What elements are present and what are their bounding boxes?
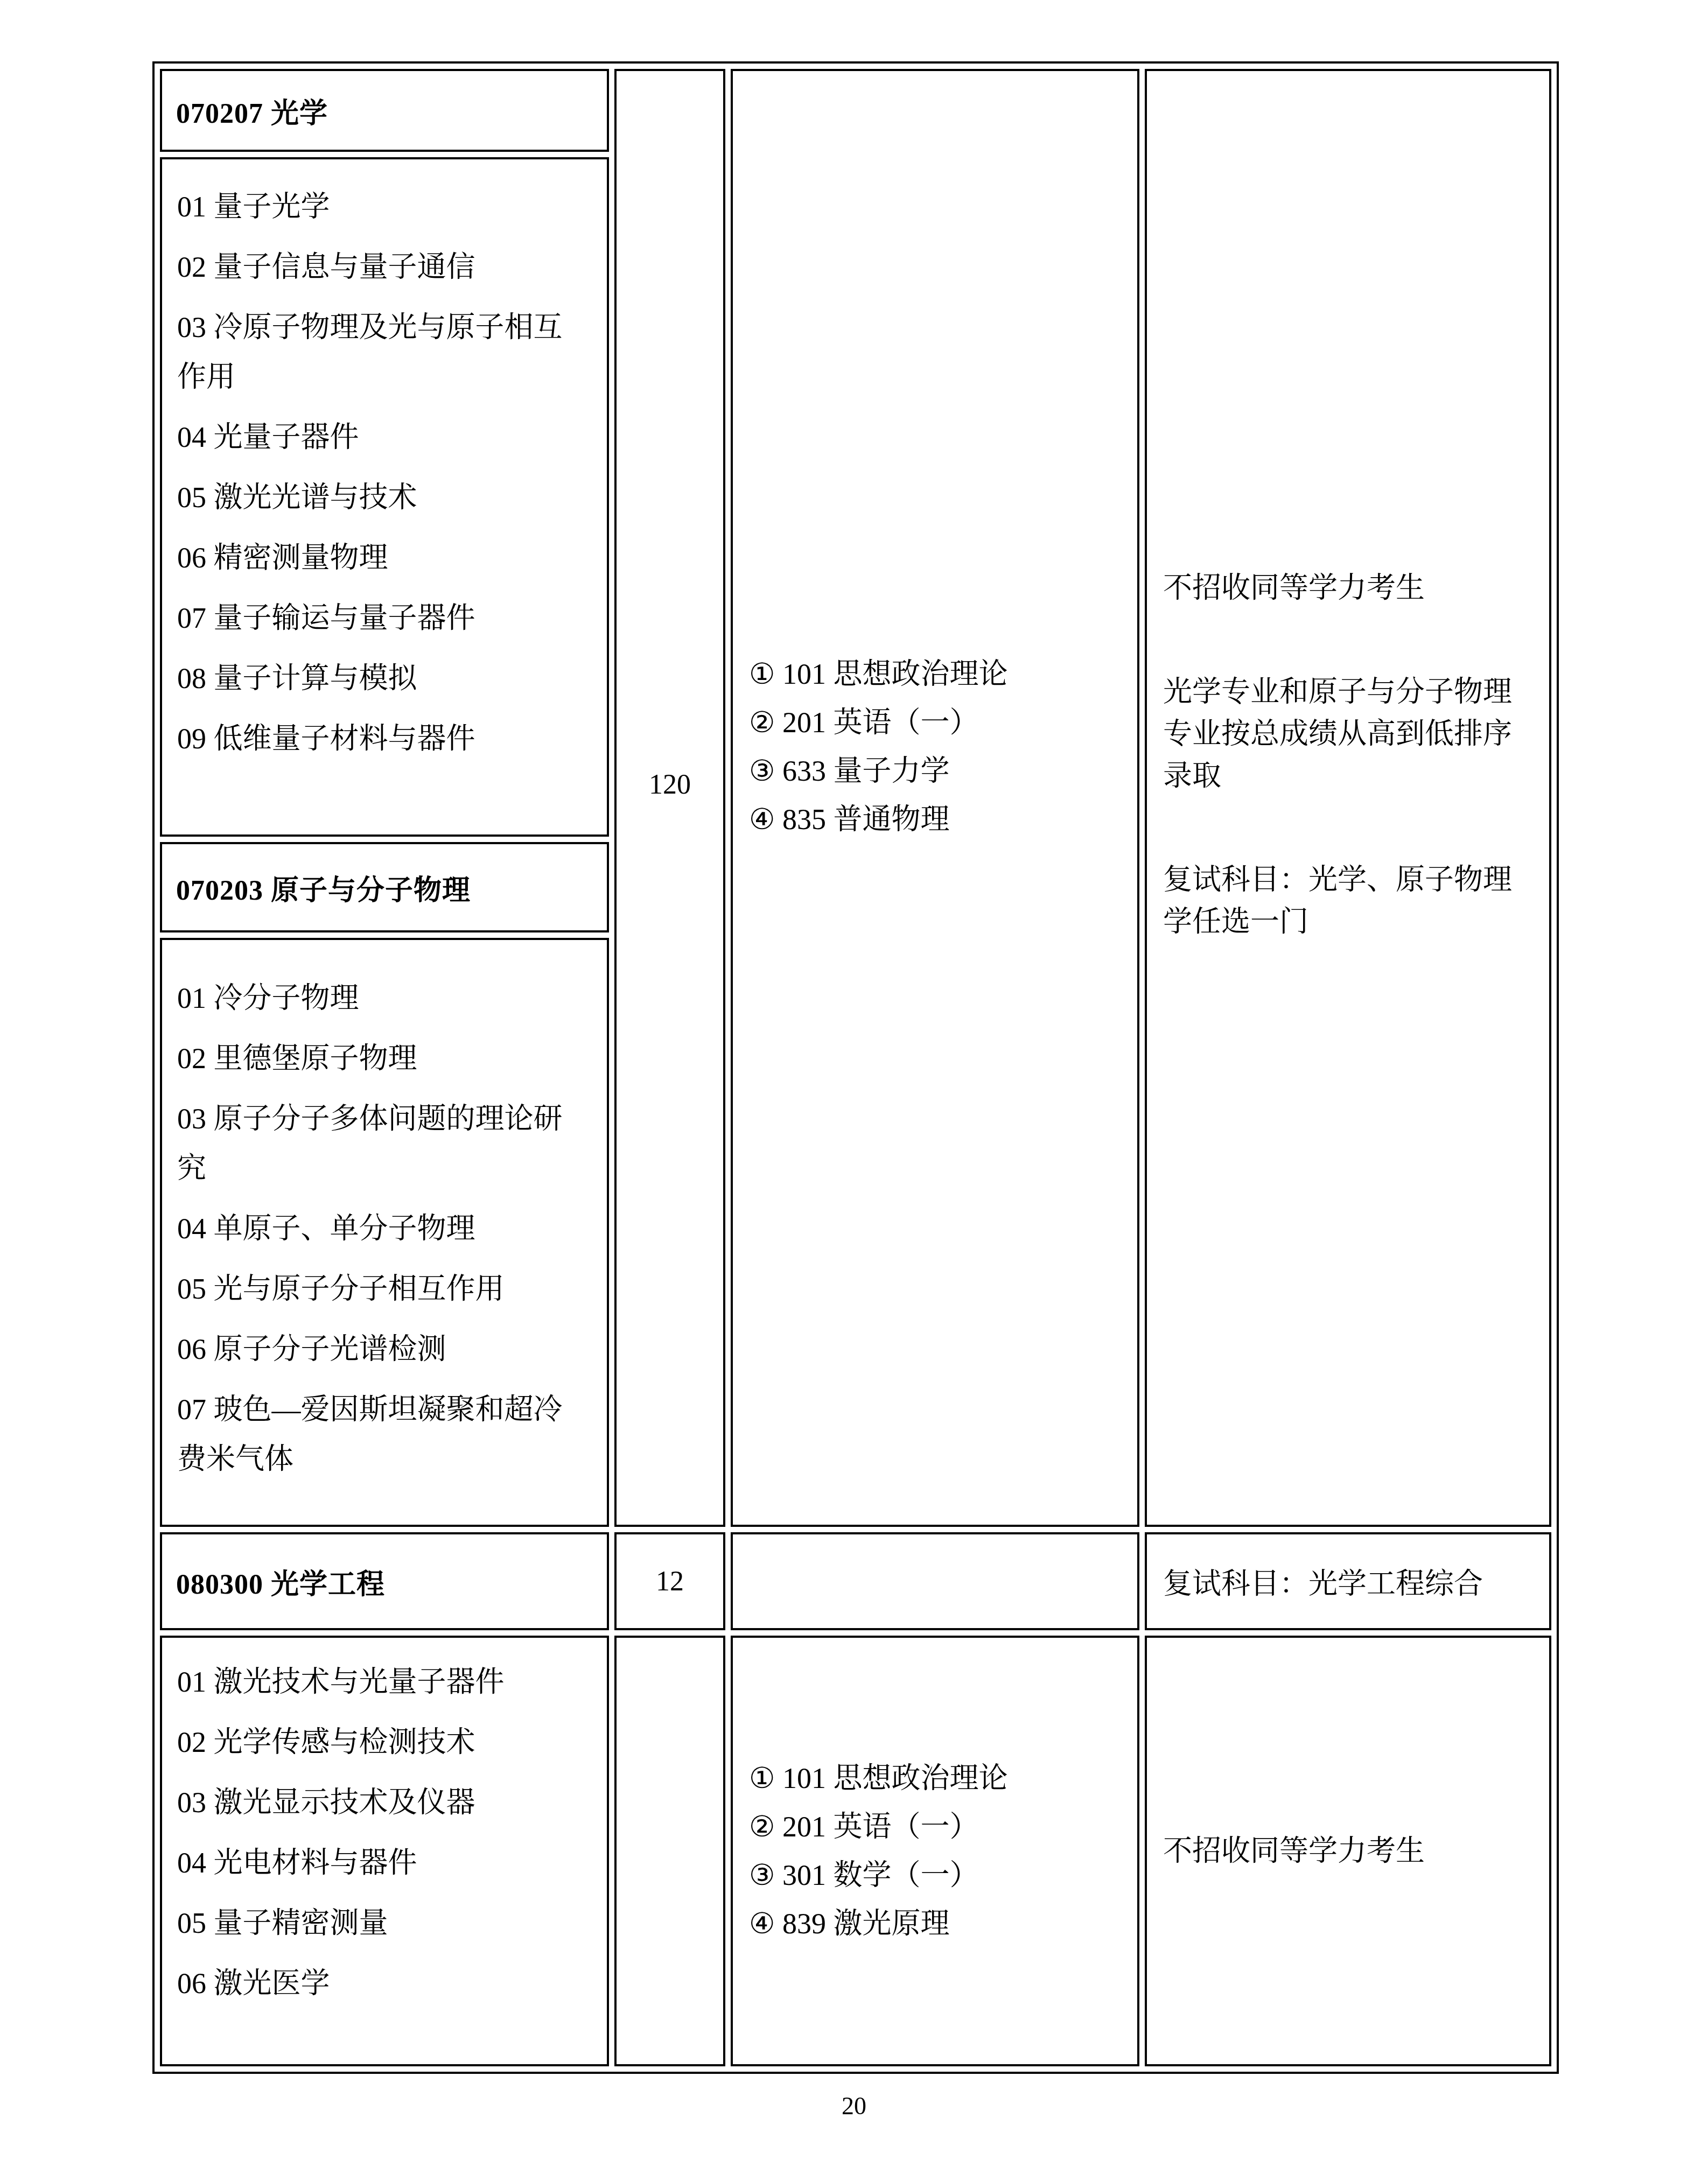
exam-subject-line: ① 101 思想政治理论: [749, 650, 1137, 698]
direction-item: 03 冷原子物理及光与原子相互 作用: [177, 303, 594, 402]
direction-item: 07 玻色—爱因斯坦凝聚和超冷 费米气体: [177, 1385, 594, 1484]
program-code-optics: 070207 光学: [176, 99, 328, 129]
direction-item: 01 激光技术与光量子器件: [177, 1657, 594, 1707]
direction-item: 01 冷分子物理: [177, 973, 594, 1023]
direction-item: 04 单原子、单分子物理: [177, 1204, 594, 1253]
empty-cell-enrollment-row6: [614, 1636, 725, 2066]
program-code-atomic: 070203 原子与分子物理: [176, 875, 471, 906]
direction-item: 06 激光医学: [177, 1959, 594, 2008]
remark-paragraph: 不招收同等学力考生: [1163, 567, 1536, 609]
exam-subject-line: ③ 633 量子力学: [749, 747, 1137, 795]
remarks-cell-optics-atomic: 不招收同等学力考生 光学专业和原子与分子物理 专业按总成绩从高到低排序 录取 复…: [1145, 69, 1551, 1527]
remark-paragraph: 不招收同等学力考生: [1163, 1830, 1536, 1872]
direction-item: 01 量子光学: [177, 182, 594, 232]
directions-cell-optics: 01 量子光学 02 量子信息与量子通信 03 冷原子物理及光与原子相互 作用 …: [160, 157, 609, 837]
exam-subject-line: ② 201 英语（一）: [749, 1803, 1137, 1851]
direction-item: 03 原子分子多体问题的理论研 究: [177, 1094, 594, 1193]
directions-cell-atomic: 01 冷分子物理 02 里德堡原子物理 03 原子分子多体问题的理论研 究 04…: [160, 938, 609, 1527]
document-page: 070207 光学 120 ① 101 思想政治理论 ② 201 英语（一） ③…: [0, 0, 1708, 2160]
program-header-atomic: 070203 原子与分子物理: [160, 842, 609, 932]
program-code-engineering: 080300 光学工程: [176, 1569, 385, 1600]
direction-item: 04 光量子器件: [177, 412, 594, 462]
remark-paragraph: 光学专业和原子与分子物理 专业按总成绩从高到低排序 录取: [1163, 671, 1536, 797]
remarks-cell-engineering: 不招收同等学力考生: [1145, 1636, 1551, 2066]
directions-cell-engineering: 01 激光技术与光量子器件 02 光学传感与检测技术 03 激光显示技术及仪器 …: [160, 1636, 609, 2066]
enrollment-value: 120: [649, 769, 691, 800]
direction-item: 04 光电材料与器件: [177, 1838, 594, 1888]
exam-subjects-cell-engineering: ① 101 思想政治理论 ② 201 英语（一） ③ 301 数学（一） ④ 8…: [731, 1636, 1139, 2066]
direction-item: 06 原子分子光谱检测: [177, 1324, 594, 1374]
direction-item: 05 光与原子分子相互作用: [177, 1264, 594, 1314]
direction-item: 03 激光显示技术及仪器: [177, 1778, 594, 1827]
remark-paragraph: 复试科目：光学、原子物理 学任选一门: [1163, 859, 1536, 943]
exam-subject-line: ④ 839 激光原理: [749, 1899, 1137, 1948]
empty-cell-subjects-header-row: [731, 1532, 1139, 1630]
direction-item: 06 精密测量物理: [177, 533, 594, 583]
page-number: 20: [0, 2091, 1708, 2121]
direction-item: 07 量子输运与量子器件: [177, 593, 594, 643]
direction-item: 05 激光光谱与技术: [177, 473, 594, 522]
exam-subject-line: ④ 835 普通物理: [749, 795, 1137, 844]
enrollment-value: 12: [656, 1566, 684, 1597]
direction-item: 09 低维量子材料与器件: [177, 714, 594, 763]
exam-subjects-cell-optics-atomic: ① 101 思想政治理论 ② 201 英语（一） ③ 633 量子力学 ④ 83…: [731, 69, 1139, 1527]
retest-remark-cell-engineering: 复试科目：光学工程综合: [1145, 1532, 1551, 1630]
enrollment-cell-engineering: 12: [614, 1532, 725, 1630]
direction-item: 08 量子计算与模拟: [177, 654, 594, 703]
program-header-optics: 070207 光学: [160, 69, 609, 152]
direction-item: 02 量子信息与量子通信: [177, 242, 594, 292]
admissions-table: 070207 光学 120 ① 101 思想政治理论 ② 201 英语（一） ③…: [152, 61, 1559, 2074]
exam-subject-line: ① 101 思想政治理论: [749, 1754, 1137, 1803]
direction-item: 05 量子精密测量: [177, 1898, 594, 1948]
exam-subject-line: ② 201 英语（一）: [749, 698, 1137, 747]
direction-item: 02 光学传感与检测技术: [177, 1717, 594, 1767]
exam-subject-line: ③ 301 数学（一）: [749, 1851, 1137, 1899]
direction-item: 02 里德堡原子物理: [177, 1034, 594, 1083]
program-header-engineering: 080300 光学工程: [160, 1532, 609, 1630]
enrollment-cell-optics-atomic: 120: [614, 69, 725, 1527]
retest-remark: 复试科目：光学工程综合: [1163, 1568, 1483, 1600]
